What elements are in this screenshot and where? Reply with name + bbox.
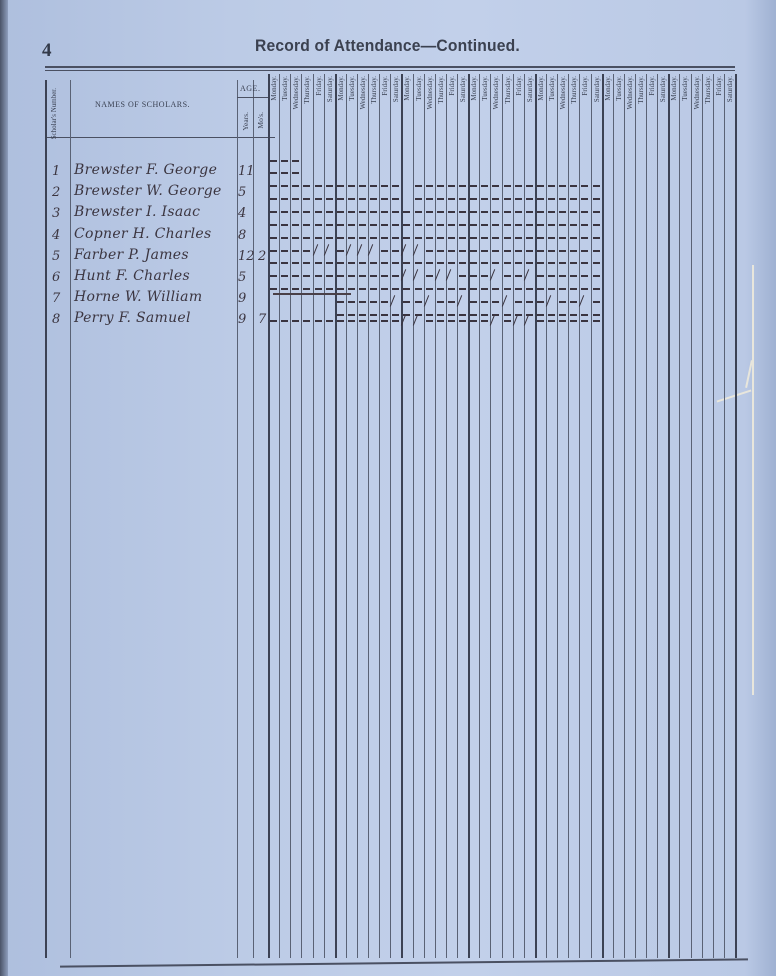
present-mark xyxy=(459,314,466,316)
day-header: Monday. xyxy=(537,76,545,101)
scholar-age-years: 8 xyxy=(238,228,246,243)
scholar-number: 8 xyxy=(52,312,60,327)
present-mark xyxy=(526,211,533,213)
present-mark xyxy=(292,320,299,322)
scholar-number: 2 xyxy=(52,185,60,200)
present-mark xyxy=(270,275,277,277)
present-mark xyxy=(381,301,388,303)
present-mark xyxy=(303,262,310,264)
day-column-line xyxy=(579,74,580,958)
strike-line xyxy=(273,293,351,295)
present-mark xyxy=(292,185,299,187)
present-mark xyxy=(381,224,388,226)
present-mark xyxy=(515,237,522,239)
present-mark xyxy=(581,250,588,252)
present-mark xyxy=(281,172,288,174)
age-rule xyxy=(237,97,268,98)
present-mark xyxy=(537,288,544,290)
present-mark xyxy=(470,262,477,264)
day-header: Saturday. xyxy=(326,76,334,102)
present-mark xyxy=(492,262,499,264)
day-header: Wednesday. xyxy=(292,76,300,109)
present-mark xyxy=(415,237,422,239)
present-mark xyxy=(537,262,544,264)
present-mark xyxy=(593,320,600,322)
scholar-number: 4 xyxy=(52,228,60,243)
present-mark xyxy=(392,320,399,322)
present-mark xyxy=(448,288,455,290)
present-mark xyxy=(270,160,277,162)
day-header: Monday. xyxy=(403,76,411,101)
present-mark xyxy=(559,320,566,322)
present-mark xyxy=(303,275,310,277)
present-mark xyxy=(481,301,488,303)
present-mark xyxy=(581,185,588,187)
present-mark xyxy=(426,224,433,226)
present-mark xyxy=(359,314,366,316)
present-mark xyxy=(370,301,377,303)
day-header: Thursday. xyxy=(570,76,578,104)
scholar-name: Brewster W. George xyxy=(74,183,222,199)
bottom-rule xyxy=(60,958,748,967)
day-header: Wednesday. xyxy=(626,76,634,109)
page-number: 4 xyxy=(42,40,52,62)
present-mark xyxy=(548,275,555,277)
present-mark xyxy=(370,275,377,277)
present-mark xyxy=(581,211,588,213)
present-mark xyxy=(593,301,600,303)
present-mark xyxy=(448,320,455,322)
present-mark xyxy=(526,237,533,239)
column-line xyxy=(45,80,47,958)
day-header: Thursday. xyxy=(370,76,378,104)
day-header: Thursday. xyxy=(637,76,645,104)
present-mark xyxy=(537,224,544,226)
present-mark xyxy=(281,288,288,290)
present-mark xyxy=(448,250,455,252)
scholar-age-years: 9 xyxy=(238,312,246,327)
day-column-line xyxy=(368,74,369,958)
present-mark xyxy=(459,224,466,226)
day-header: Friday. xyxy=(648,76,656,96)
column-line xyxy=(253,80,254,958)
present-mark xyxy=(470,314,477,316)
present-mark xyxy=(470,237,477,239)
present-mark xyxy=(559,262,566,264)
week-separator xyxy=(468,74,470,958)
scholar-number: 1 xyxy=(52,164,60,179)
present-mark xyxy=(504,237,511,239)
scholar-name: Perry F. Samuel xyxy=(74,310,191,326)
present-mark xyxy=(281,237,288,239)
scholar-age-years: 9 xyxy=(238,291,246,306)
page-edge xyxy=(0,0,8,976)
present-mark xyxy=(504,185,511,187)
present-mark xyxy=(315,262,322,264)
week-separator xyxy=(335,74,337,958)
present-mark xyxy=(281,211,288,213)
present-mark xyxy=(492,288,499,290)
day-column-line xyxy=(691,74,692,958)
present-mark xyxy=(470,250,477,252)
day-header: Tuesday. xyxy=(281,76,289,101)
day-column-line xyxy=(613,74,614,958)
day-column-line xyxy=(724,74,725,958)
present-mark xyxy=(348,314,355,316)
present-mark xyxy=(459,211,466,213)
present-mark xyxy=(292,237,299,239)
scholar-age-months: 7 xyxy=(258,312,266,327)
column-line xyxy=(70,80,71,958)
present-mark xyxy=(481,288,488,290)
present-mark xyxy=(593,275,600,277)
day-column-line xyxy=(324,74,325,958)
present-mark xyxy=(481,198,488,200)
present-mark xyxy=(415,301,422,303)
day-header: Tuesday. xyxy=(348,76,356,101)
binding-thread xyxy=(752,265,754,695)
present-mark xyxy=(426,288,433,290)
week-separator xyxy=(401,74,403,958)
present-mark xyxy=(403,224,410,226)
present-mark xyxy=(403,262,410,264)
present-mark xyxy=(459,275,466,277)
present-mark xyxy=(548,185,555,187)
day-column-line xyxy=(390,74,391,958)
present-mark xyxy=(470,185,477,187)
present-mark xyxy=(392,224,399,226)
present-mark xyxy=(326,275,333,277)
present-mark xyxy=(381,320,388,322)
present-mark xyxy=(315,320,322,322)
day-column-line xyxy=(490,74,491,958)
present-mark xyxy=(570,237,577,239)
present-mark xyxy=(481,250,488,252)
present-mark xyxy=(348,185,355,187)
present-mark xyxy=(570,314,577,316)
present-mark xyxy=(481,224,488,226)
present-mark xyxy=(426,262,433,264)
present-mark xyxy=(515,198,522,200)
present-mark xyxy=(337,275,344,277)
present-mark xyxy=(593,224,600,226)
present-mark xyxy=(548,237,555,239)
present-mark xyxy=(348,198,355,200)
present-mark xyxy=(459,320,466,322)
present-mark xyxy=(537,301,544,303)
day-header: Monday. xyxy=(337,76,345,101)
present-mark xyxy=(459,198,466,200)
present-mark xyxy=(426,211,433,213)
day-column-line xyxy=(557,74,558,958)
present-mark xyxy=(548,250,555,252)
day-header: Thursday. xyxy=(437,76,445,104)
present-mark xyxy=(348,275,355,277)
present-mark xyxy=(537,250,544,252)
day-column-line xyxy=(279,74,280,958)
present-mark xyxy=(437,211,444,213)
present-mark xyxy=(448,314,455,316)
present-mark xyxy=(526,288,533,290)
day-column-line xyxy=(424,74,425,958)
day-header: Tuesday. xyxy=(681,76,689,101)
present-mark xyxy=(326,185,333,187)
present-mark xyxy=(359,198,366,200)
present-mark xyxy=(570,262,577,264)
present-mark xyxy=(593,288,600,290)
present-mark xyxy=(392,185,399,187)
present-mark xyxy=(548,320,555,322)
present-mark xyxy=(348,301,355,303)
present-mark xyxy=(515,224,522,226)
present-mark xyxy=(559,275,566,277)
present-mark xyxy=(381,275,388,277)
day-header: Tuesday. xyxy=(615,76,623,101)
present-mark xyxy=(337,185,344,187)
present-mark xyxy=(481,185,488,187)
present-mark xyxy=(537,198,544,200)
present-mark xyxy=(470,224,477,226)
present-mark xyxy=(337,211,344,213)
present-mark xyxy=(481,275,488,277)
present-mark xyxy=(470,275,477,277)
present-mark xyxy=(448,211,455,213)
day-column-line xyxy=(635,74,636,958)
present-mark xyxy=(526,185,533,187)
scholar-age-months: 2 xyxy=(258,249,266,264)
present-mark xyxy=(270,320,277,322)
present-mark xyxy=(292,198,299,200)
present-mark xyxy=(303,185,310,187)
present-mark xyxy=(370,211,377,213)
binding-thread-knot xyxy=(717,389,752,402)
week-separator xyxy=(268,74,270,958)
present-mark xyxy=(559,224,566,226)
scholar-number: 6 xyxy=(52,270,60,285)
present-mark xyxy=(281,320,288,322)
present-mark xyxy=(526,224,533,226)
day-header: Friday. xyxy=(515,76,523,96)
present-mark xyxy=(581,288,588,290)
present-mark xyxy=(359,224,366,226)
present-mark xyxy=(381,288,388,290)
day-column-line xyxy=(346,74,347,958)
present-mark xyxy=(326,320,333,322)
day-header: Tuesday. xyxy=(548,76,556,101)
week-separator xyxy=(735,74,737,958)
day-header: Friday. xyxy=(448,76,456,96)
present-mark xyxy=(326,198,333,200)
present-mark xyxy=(504,224,511,226)
day-column-line xyxy=(646,74,647,958)
present-mark xyxy=(303,288,310,290)
day-header: Saturday. xyxy=(526,76,534,102)
present-mark xyxy=(281,224,288,226)
present-mark xyxy=(326,288,333,290)
present-mark xyxy=(581,237,588,239)
present-mark xyxy=(326,211,333,213)
present-mark xyxy=(359,185,366,187)
present-mark xyxy=(392,314,399,316)
present-mark xyxy=(292,250,299,252)
present-mark xyxy=(303,250,310,252)
present-mark xyxy=(270,172,277,174)
present-mark xyxy=(548,198,555,200)
day-header: Wednesday. xyxy=(693,76,701,109)
present-mark xyxy=(515,301,522,303)
present-mark xyxy=(326,262,333,264)
present-mark xyxy=(559,301,566,303)
week-separator xyxy=(535,74,537,958)
present-mark xyxy=(303,198,310,200)
present-mark xyxy=(415,185,422,187)
day-header: Tuesday. xyxy=(415,76,423,101)
present-mark xyxy=(337,288,344,290)
present-mark xyxy=(570,211,577,213)
present-mark xyxy=(370,224,377,226)
present-mark xyxy=(515,185,522,187)
present-mark xyxy=(359,275,366,277)
day-column-line xyxy=(591,74,592,958)
present-mark xyxy=(504,320,511,322)
day-header: Monday. xyxy=(270,76,278,101)
present-mark xyxy=(515,262,522,264)
present-mark xyxy=(392,262,399,264)
present-mark xyxy=(570,275,577,277)
present-mark xyxy=(381,211,388,213)
present-mark xyxy=(303,211,310,213)
day-header: Monday. xyxy=(604,76,612,101)
present-mark xyxy=(581,275,588,277)
present-mark xyxy=(359,301,366,303)
present-mark xyxy=(348,262,355,264)
present-mark xyxy=(348,320,355,322)
present-mark xyxy=(437,237,444,239)
present-mark xyxy=(315,224,322,226)
present-mark xyxy=(593,250,600,252)
day-header: Thursday. xyxy=(504,76,512,104)
present-mark xyxy=(581,314,588,316)
present-mark xyxy=(548,224,555,226)
present-mark xyxy=(370,314,377,316)
day-header: Tuesday. xyxy=(481,76,489,101)
day-header: Friday. xyxy=(315,76,323,96)
scholar-age-years: 5 xyxy=(238,270,246,285)
present-mark xyxy=(370,262,377,264)
present-mark xyxy=(437,224,444,226)
present-mark xyxy=(448,185,455,187)
present-mark xyxy=(337,262,344,264)
present-mark xyxy=(492,185,499,187)
header-bottom-rule xyxy=(45,137,275,138)
present-mark xyxy=(392,288,399,290)
present-mark xyxy=(270,288,277,290)
present-mark xyxy=(359,262,366,264)
present-mark xyxy=(337,250,344,252)
scholar-name: Farber P. James xyxy=(74,247,189,263)
present-mark xyxy=(548,314,555,316)
present-mark xyxy=(537,314,544,316)
present-mark xyxy=(504,262,511,264)
day-column-line xyxy=(679,74,680,958)
day-header: Saturday. xyxy=(593,76,601,102)
day-header: Saturday. xyxy=(392,76,400,102)
day-column-line xyxy=(568,74,569,958)
scholar-number: 3 xyxy=(52,206,60,221)
present-mark xyxy=(437,185,444,187)
present-mark xyxy=(537,237,544,239)
present-mark xyxy=(315,211,322,213)
present-mark xyxy=(470,288,477,290)
scholar-name: Copner H. Charles xyxy=(74,226,211,242)
present-mark xyxy=(526,262,533,264)
scholar-age-years: 12 xyxy=(238,249,255,264)
header-years: Years. xyxy=(241,112,250,131)
present-mark xyxy=(593,237,600,239)
present-mark xyxy=(426,250,433,252)
present-mark xyxy=(515,288,522,290)
present-mark xyxy=(515,250,522,252)
present-mark xyxy=(504,314,511,316)
present-mark xyxy=(370,288,377,290)
present-mark xyxy=(504,250,511,252)
present-mark xyxy=(470,211,477,213)
day-column-line xyxy=(313,74,314,958)
present-mark xyxy=(381,250,388,252)
present-mark xyxy=(359,237,366,239)
present-mark xyxy=(437,262,444,264)
present-mark xyxy=(593,198,600,200)
present-mark xyxy=(559,198,566,200)
scholar-name: Brewster I. Isaac xyxy=(74,204,200,220)
present-mark xyxy=(548,262,555,264)
present-mark xyxy=(415,198,422,200)
present-mark xyxy=(570,288,577,290)
present-mark xyxy=(292,211,299,213)
present-mark xyxy=(481,237,488,239)
present-mark xyxy=(403,237,410,239)
scholar-number: 7 xyxy=(52,291,60,306)
present-mark xyxy=(492,250,499,252)
present-mark xyxy=(581,262,588,264)
present-mark xyxy=(403,211,410,213)
present-mark xyxy=(270,198,277,200)
present-mark xyxy=(292,224,299,226)
present-mark xyxy=(559,250,566,252)
present-mark xyxy=(570,301,577,303)
day-column-line xyxy=(546,74,547,958)
present-mark xyxy=(559,314,566,316)
day-header: Thursday. xyxy=(704,76,712,104)
present-mark xyxy=(426,275,433,277)
present-mark xyxy=(281,185,288,187)
present-mark xyxy=(370,198,377,200)
present-mark xyxy=(403,301,410,303)
present-mark xyxy=(315,185,322,187)
present-mark xyxy=(470,301,477,303)
day-header: Wednesday. xyxy=(559,76,567,109)
day-column-line xyxy=(446,74,447,958)
present-mark xyxy=(559,288,566,290)
present-mark xyxy=(470,320,477,322)
page-title: Record of Attendance—Continued. xyxy=(255,36,520,56)
present-mark xyxy=(559,185,566,187)
day-header: Wednesday. xyxy=(426,76,434,109)
day-header: Saturday. xyxy=(459,76,467,102)
present-mark xyxy=(281,160,288,162)
day-column-line xyxy=(702,74,703,958)
present-mark xyxy=(570,250,577,252)
